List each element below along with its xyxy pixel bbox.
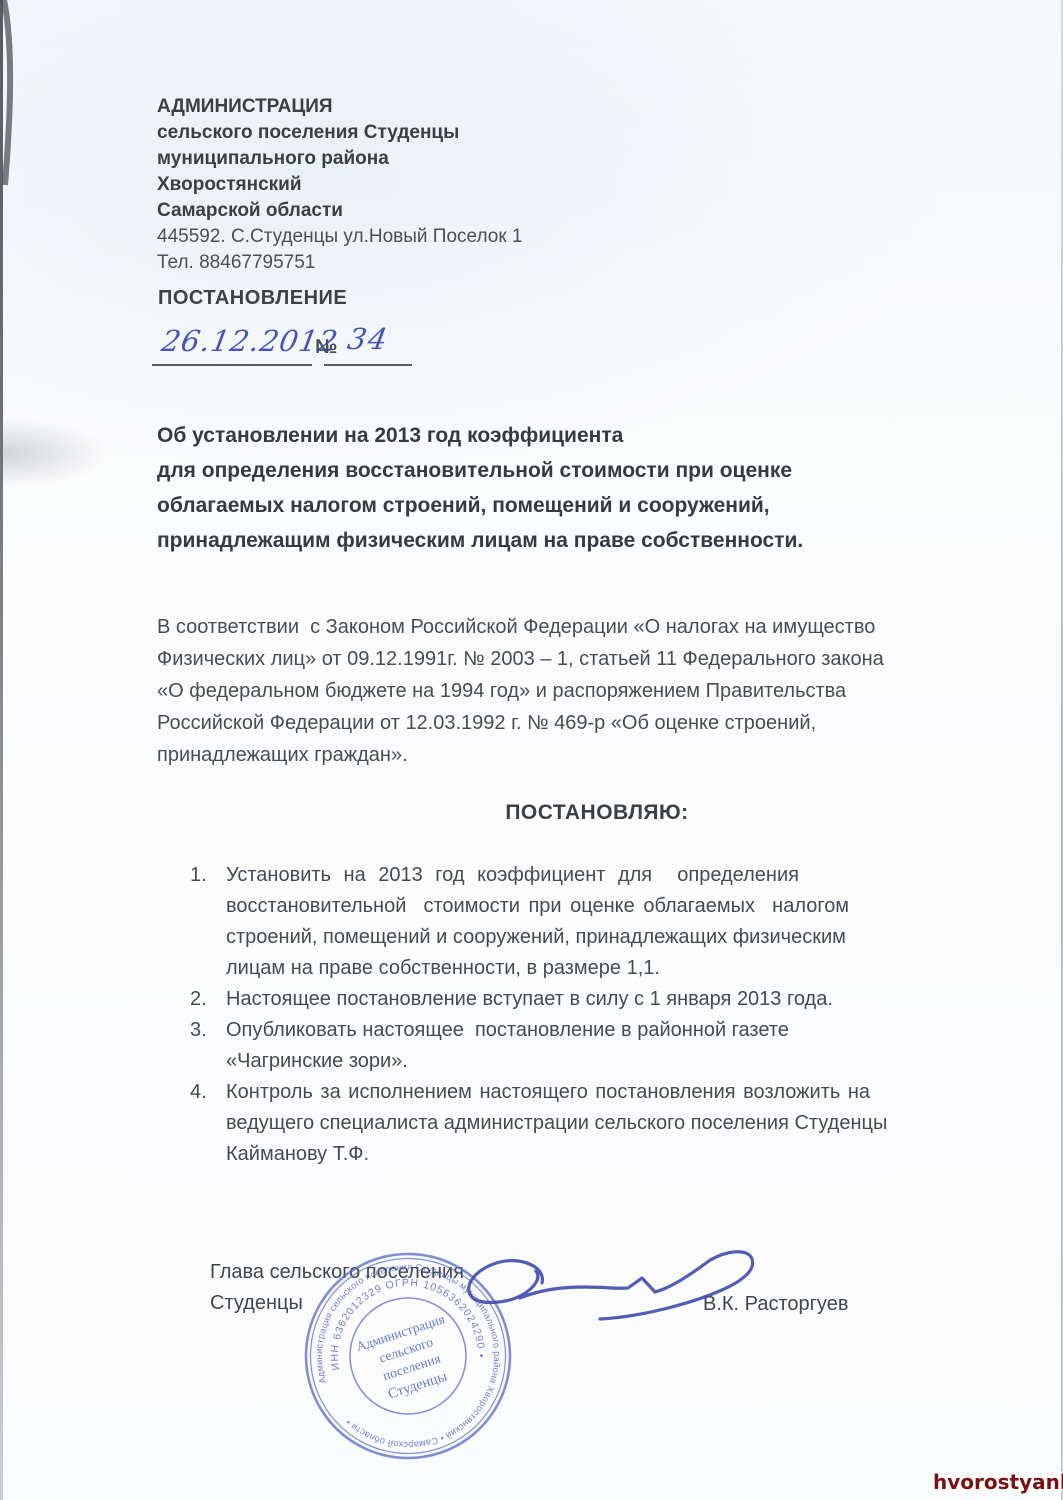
item-number: 1.: [190, 860, 207, 891]
watermark: hvorostyanka.ru: [933, 1470, 1063, 1494]
org-name-line: АДМИНИСТРАЦИЯ: [157, 94, 523, 120]
item-line: лицам на праве собственности, в размере …: [226, 953, 990, 984]
scanned-document-page: АДМИНИСТРАЦИЯ сельского поселения Студен…: [0, 0, 1063, 1500]
list-item: 3. Опубликовать настоящее постановление …: [190, 1015, 990, 1077]
item-line: Опубликовать настоящее постановление в р…: [226, 1015, 990, 1046]
resolution-title: Об установлении на 2013 год коэффициента…: [157, 418, 803, 558]
handwritten-date: 26.12.2012: [159, 324, 341, 358]
preamble-line: Физических лиц» от 09.12.1991г. № 2003 –…: [157, 643, 884, 675]
decree-items-list: 1. Установить на 2013 год коэффициент дл…: [190, 860, 990, 1170]
date-number-row: 26.12.2012 № 34: [152, 324, 452, 374]
preamble-line: «О федеральном бюджете на 1994 год» и ра…: [157, 675, 884, 707]
item-text: Опубликовать настоящее постановление в р…: [226, 1015, 990, 1077]
org-name-line: сельского поселения Студенцы: [157, 120, 523, 146]
item-line: Установить на 2013 год коэффициент для о…: [226, 860, 990, 891]
signatory-position-line2: Студенцы: [210, 1292, 303, 1315]
title-line: Об установлении на 2013 год коэффициента: [157, 418, 803, 453]
item-text: Настоящее постановление вступает в силу …: [226, 984, 990, 1015]
handwritten-number: 34: [345, 322, 392, 356]
decree-heading: ПОСТАНОВЛЯЮ:: [157, 801, 1037, 825]
item-number: 2.: [190, 984, 207, 1015]
item-line: Контроль за исполнением настоящего поста…: [226, 1077, 990, 1108]
preamble-line: принадлежащих граждан».: [157, 739, 884, 771]
org-name-line: Самарской области: [157, 198, 523, 224]
list-item: 2. Настоящее постановление вступает в си…: [190, 984, 990, 1015]
org-address: 445592. С.Студенцы ул.Новый Поселок 1: [157, 224, 523, 250]
title-line: облагаемых налогом строений, помещений и…: [157, 488, 803, 523]
letterhead: АДМИНИСТРАЦИЯ сельского поселения Студен…: [157, 94, 523, 276]
item-line: Кайманову Т.Ф.: [226, 1139, 990, 1170]
scan-edge-left: [0, 0, 3, 1500]
org-phone: Тел. 88467795751: [157, 250, 523, 276]
number-sign: №: [315, 336, 337, 359]
doc-type-heading: ПОСТАНОВЛЕНИЕ: [158, 287, 347, 310]
org-name-line: муниципального района: [157, 146, 523, 172]
item-line: «Чагринские зори».: [226, 1046, 990, 1077]
item-text: Контроль за исполнением настоящего поста…: [226, 1077, 990, 1170]
list-item: 4. Контроль за исполнением настоящего по…: [190, 1077, 990, 1170]
preamble-line: Российской Федерации от 12.03.1992 г. № …: [157, 707, 884, 739]
date-underline: [152, 364, 312, 366]
scan-corner-mark: [0, 0, 30, 190]
item-line: ведущего специалиста администрации сельс…: [226, 1108, 990, 1139]
item-line: строений, помещений и сооружений, принад…: [226, 922, 990, 953]
scan-smudge: [0, 418, 110, 488]
preamble-line: В соответствии с Законом Российской Феде…: [157, 611, 884, 643]
item-line: Настоящее постановление вступает в силу …: [226, 984, 990, 1015]
item-number: 4.: [190, 1077, 207, 1108]
item-text: Установить на 2013 год коэффициент для о…: [226, 860, 990, 984]
preamble-paragraph: В соответствии с Законом Российской Феде…: [157, 611, 884, 771]
signature-scribble: [420, 1238, 820, 1348]
title-line: для определения восстановительной стоимо…: [157, 453, 803, 488]
item-line: восстановительной стоимости при оценке о…: [226, 891, 990, 922]
title-line: принадлежащим физическим лицам на праве …: [157, 523, 803, 558]
item-number: 3.: [190, 1015, 207, 1046]
list-item: 1. Установить на 2013 год коэффициент дл…: [190, 860, 990, 984]
number-underline: [324, 364, 412, 366]
org-name-line: Хворостянский: [157, 172, 523, 198]
